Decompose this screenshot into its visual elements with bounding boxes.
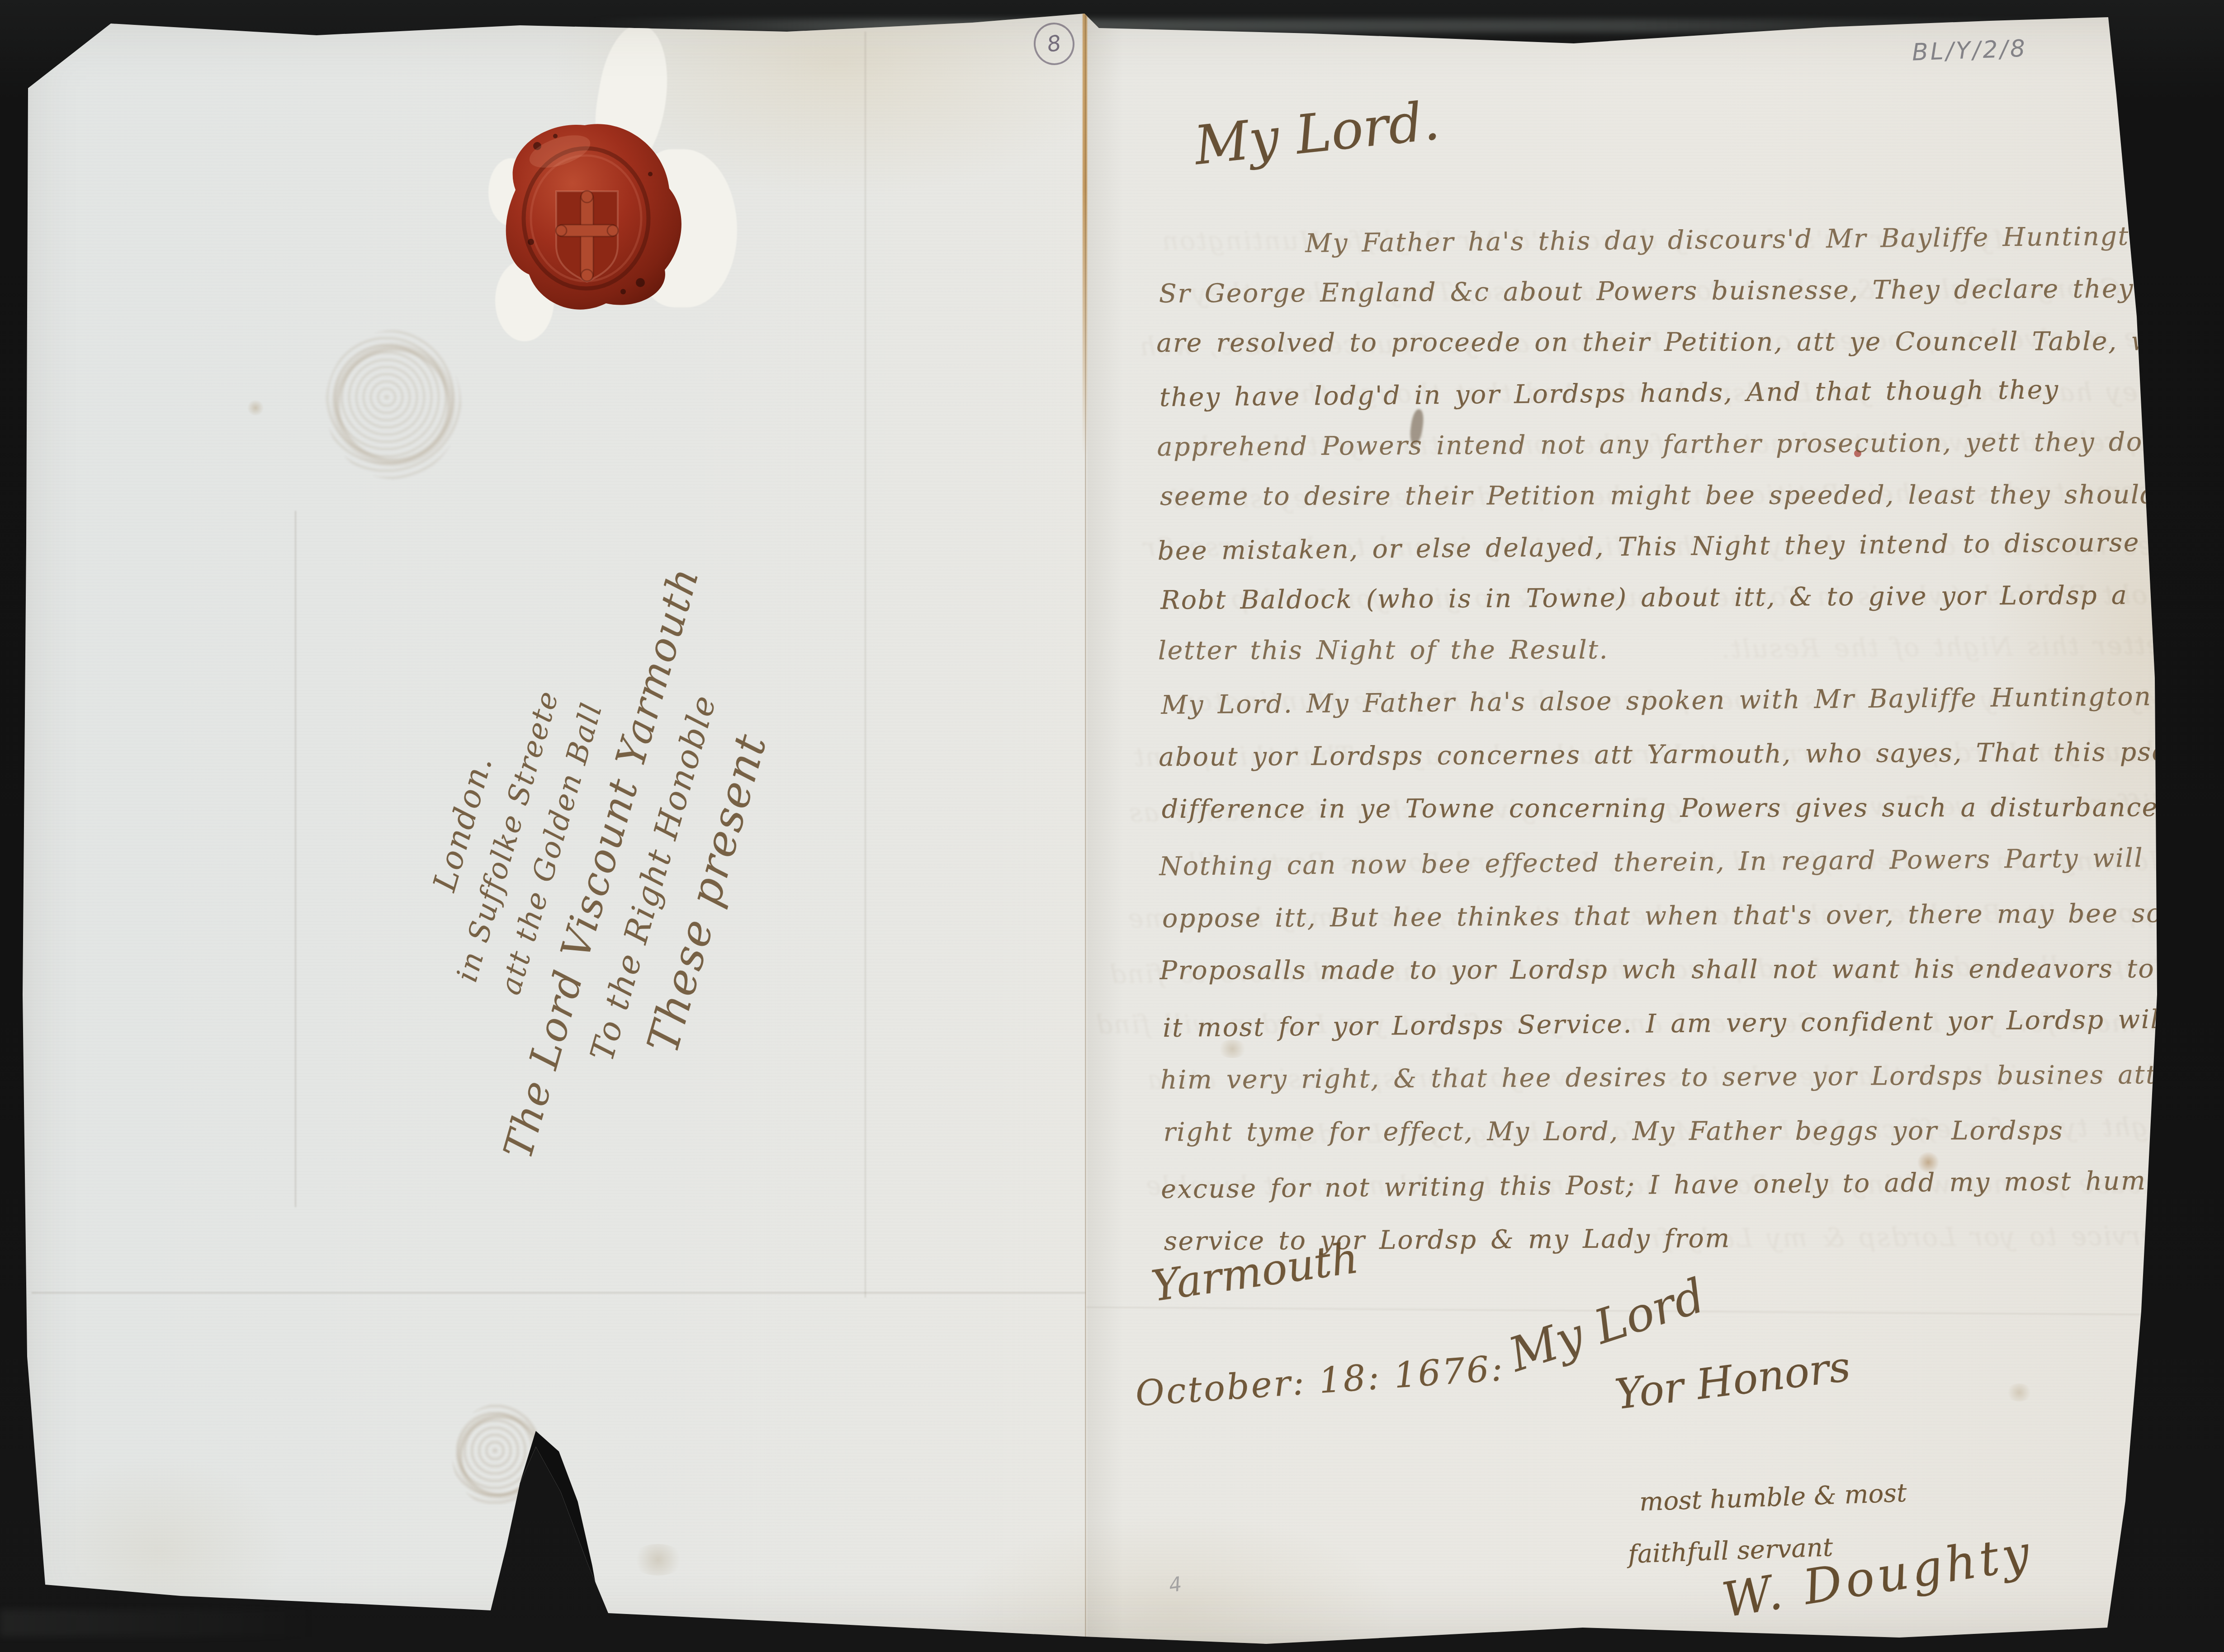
date-line: October: 18: 1676: bbox=[1134, 1348, 1506, 1415]
letter-line: difference in ye Towne concerning Powers… bbox=[1162, 793, 2203, 824]
folio-number: 8 bbox=[1046, 30, 1063, 57]
salutation: My Lord. bbox=[1191, 89, 1442, 177]
stain bbox=[2006, 1383, 2033, 1402]
letter-line: are resolved to proceede on their Petiti… bbox=[1156, 326, 2187, 358]
letter-line: Robt Baldock (who is in Towne) about itt… bbox=[1160, 581, 2128, 615]
closing-line: most humble & most bbox=[1639, 1478, 1907, 1517]
closing-line: Yor Honors bbox=[1612, 1342, 1853, 1419]
letter-line: about yor Lordsps concernes att Yarmouth… bbox=[1159, 737, 2197, 772]
letter-line: it most for yor Lordsps Service. I am ve… bbox=[1163, 1004, 2224, 1043]
crease-line bbox=[32, 1292, 1085, 1293]
letter-line: Proposalls made to yor Lordsp wch shall … bbox=[1159, 954, 2224, 986]
pencil-annotation: 4 bbox=[1168, 1572, 1183, 1597]
background-highlight bbox=[0, 1610, 317, 1637]
fold-seam bbox=[1085, 9, 1086, 1646]
archive-reference: BL/Y/2/8 bbox=[1912, 35, 2028, 66]
scan-stage: BL/Y/2/8 8 4 These presentTo the Right H… bbox=[0, 0, 2224, 1652]
letter-line: letter this Night of the Result. bbox=[1158, 635, 1609, 666]
stain bbox=[246, 400, 265, 415]
letter-line: excuse for not writing this Post; I have… bbox=[1161, 1166, 2190, 1204]
letter-line: seeme to desire their Petition might bee… bbox=[1160, 480, 2158, 511]
letter-line: Nothing can now bee effected therein, In… bbox=[1159, 843, 2144, 882]
letter-line: apprehend Powers intend not any farther … bbox=[1157, 427, 2159, 462]
letter-line: My Father ha's this day discours'd Mr Ba… bbox=[1305, 221, 2164, 259]
letter-paper: BL/Y/2/8 8 4 These presentTo the Right H… bbox=[0, 0, 2224, 1652]
letter-line: My Lord. My Father ha's alsoe spoken wit… bbox=[1161, 682, 2152, 720]
letter-body: My Father ha's this day discours'd Mr Ba… bbox=[1156, 222, 2174, 1281]
letter-line: oppose itt, But hee thinkes that when th… bbox=[1162, 898, 2205, 934]
letter-line: Sr George England &c about Powers buisne… bbox=[1159, 274, 2134, 309]
letter-line: bee mistaken, or else delayed, This Nigh… bbox=[1157, 527, 2186, 566]
letter-line: him very right, & that hee desires to se… bbox=[1160, 1060, 2187, 1095]
stain bbox=[631, 1544, 685, 1576]
wax-seal bbox=[487, 93, 700, 319]
fold-shadow bbox=[1087, 9, 1123, 1641]
address-panel: These presentTo the Right HonobleThe Lor… bbox=[190, 506, 986, 1212]
address-lines: These presentTo the Right HonobleThe Lor… bbox=[139, 379, 1037, 1339]
folio-number-circled: 8 bbox=[1031, 20, 1077, 68]
letter-line: right tyme for effect, My Lord, My Fathe… bbox=[1163, 1116, 2063, 1147]
postmark-stamp bbox=[452, 1404, 547, 1508]
letter-line: they have lodg'd in yor Lordsps hands, A… bbox=[1159, 375, 2059, 412]
